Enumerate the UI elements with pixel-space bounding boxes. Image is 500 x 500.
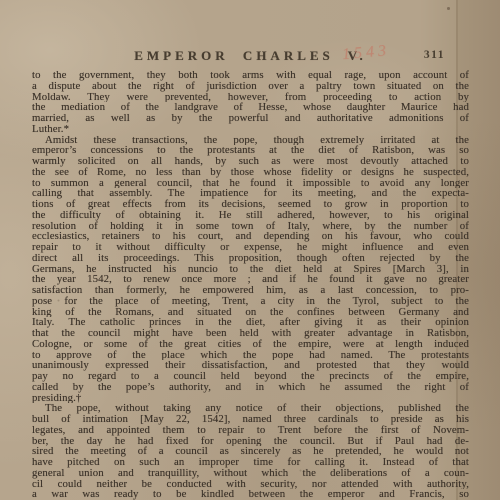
text-line: ber, the day he had fixed for opening th… bbox=[32, 436, 469, 447]
scanned-book-page: { "page": { "colors": { "paper": "#b3a28… bbox=[0, 0, 500, 500]
text-line: to the government, they both took arms w… bbox=[32, 70, 469, 81]
paragraph: Amidst these transactions, the pope, tho… bbox=[32, 135, 469, 404]
text-line: married, as well as by the powerful and … bbox=[32, 113, 469, 124]
text-line: the year 1542, to renew once more ; and … bbox=[32, 274, 469, 285]
text-line: Amidst these transactions, the pope, tho… bbox=[32, 135, 469, 146]
text-line: Germans, he instructed his nuncio to the… bbox=[32, 264, 469, 275]
text-line: Italy. The catholic princes in the diet,… bbox=[32, 317, 469, 328]
text-line: Cologne, or some of the great cities of … bbox=[32, 339, 469, 350]
text-line: the see of Rome, no less than by those w… bbox=[32, 167, 469, 178]
text-line: king of the Romans, and situated on the … bbox=[32, 307, 469, 318]
text-line: direct all its proceedings. This proposi… bbox=[32, 253, 469, 264]
text-line: presiding.† bbox=[32, 393, 469, 404]
text-line: bull of intimation [May 22, 1542], named… bbox=[32, 414, 469, 425]
text-line: legates, and appointed them to repair to… bbox=[32, 425, 469, 436]
text-line: have pitched on such an improper time fo… bbox=[32, 457, 469, 468]
text-line: that the council might have been held wi… bbox=[32, 328, 469, 339]
text-line: warmly solicited on all hands, by such a… bbox=[32, 156, 469, 167]
page-number: 311 bbox=[424, 49, 445, 61]
text-line: unanimously expressed their dissatisfact… bbox=[32, 360, 469, 371]
text-line: calling that assembly. The impatience fo… bbox=[32, 188, 469, 199]
text-line: pose for the place of meeting, Trent, a … bbox=[32, 296, 469, 307]
text-line: called by the pope’s authority, and in w… bbox=[32, 382, 469, 393]
text-block: to the government, they both took arms w… bbox=[32, 70, 469, 500]
text-line: tions of great effects from its decision… bbox=[32, 199, 469, 210]
page-header: EMPEROR CHARLES V. 1543 311 bbox=[32, 48, 469, 64]
text-line: the mediation of the landgrave of Hesse,… bbox=[32, 102, 469, 113]
text-line: to approve of the place which the pope h… bbox=[32, 350, 469, 361]
text-line: to summon a general council, that he fou… bbox=[32, 178, 469, 189]
text-line: The pope, without taking any notice of t… bbox=[32, 403, 469, 414]
text-line: general union and tranquillity, without … bbox=[32, 468, 469, 479]
paper-specks bbox=[0, 0, 1, 1]
text-line: sired the meeting of a council as sincer… bbox=[32, 446, 469, 457]
text-line: resolution of holding it in some town of… bbox=[32, 221, 469, 232]
paragraph: to the government, they both took arms w… bbox=[32, 70, 469, 135]
text-line: emperor’s concessions to the protestants… bbox=[32, 145, 469, 156]
running-title: EMPEROR CHARLES V. bbox=[32, 48, 469, 64]
text-line: a war was ready to be kindled between th… bbox=[32, 489, 469, 500]
text-line: Moldaw. They were prevented, however, fr… bbox=[32, 92, 469, 103]
text-line: satisfaction than formerly, he empowered… bbox=[32, 285, 469, 296]
text-line: repair to it without difficulty or expen… bbox=[32, 242, 469, 253]
text-line: cil could neither be conducted with secu… bbox=[32, 479, 469, 490]
text-line: pay no regard to a council held beyond t… bbox=[32, 371, 469, 382]
text-line: the difficulty of obtaining it. He still… bbox=[32, 210, 469, 221]
paragraph: The pope, without taking any notice of t… bbox=[32, 403, 469, 500]
text-line: Luther.* bbox=[32, 124, 469, 135]
text-line: a dispute about the right of jurisdictio… bbox=[32, 81, 469, 92]
text-line: ecclesiastics, retainers to his court, a… bbox=[32, 231, 469, 242]
